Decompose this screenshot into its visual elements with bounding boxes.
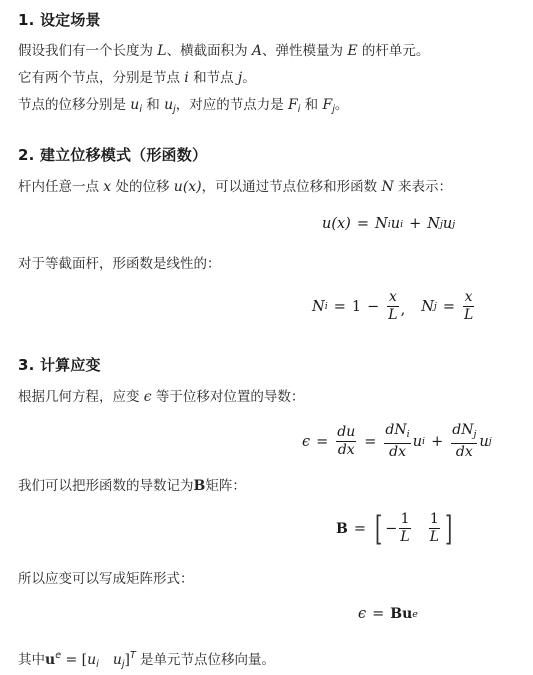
fraction: xL xyxy=(387,289,398,324)
text: 等于位移对位置的导数： xyxy=(152,389,305,405)
denominator: dx xyxy=(337,442,356,459)
section-2-heading: 2. 建立位移模式（形函数） xyxy=(18,144,207,165)
text: 的杆单元。 xyxy=(358,43,430,59)
math-superscript: e xyxy=(412,609,418,620)
math-op: − xyxy=(385,521,397,537)
numerator: x xyxy=(388,289,398,306)
math: u(x) xyxy=(322,216,351,232)
fraction: xL xyxy=(463,289,474,324)
math-op: = xyxy=(354,521,366,537)
math-op: + xyxy=(431,434,443,450)
math-bold: Bu xyxy=(390,606,412,622)
math-var: u xyxy=(164,97,173,113)
numerator: du xyxy=(336,424,356,441)
text: 和 xyxy=(142,97,164,113)
math-op: = xyxy=(357,216,369,232)
math-subscript: i xyxy=(400,219,403,230)
text: 处的位移 xyxy=(111,179,174,195)
text: 假设我们有一个长度为 xyxy=(18,43,157,59)
math-subscript: j xyxy=(452,219,455,230)
math-var: F xyxy=(288,97,298,113)
math-subscript: i xyxy=(96,659,99,670)
section-3-intro: 根据几何方程，应变 ϵ 等于位移对位置的导数： xyxy=(18,387,304,407)
fraction: 1L xyxy=(429,511,440,546)
right-bracket: ] xyxy=(445,512,452,546)
math-op: = xyxy=(334,299,346,315)
denominator: L xyxy=(387,307,398,324)
fraction: 1L xyxy=(399,511,410,546)
text: 、弹性模量为 xyxy=(262,43,347,59)
section-3-final: 其中ue = [uiuj]T 是单元节点位移向量。 xyxy=(18,646,275,675)
math: u xyxy=(479,434,488,450)
equation-strain-matrix: ϵ = Bue xyxy=(358,606,418,622)
math-var: L xyxy=(157,43,166,59)
equation-strain: ϵ = dudx = dNidxui + dNjdxuj xyxy=(302,422,492,461)
math-subscript: i xyxy=(325,301,328,312)
math-subscript: i xyxy=(407,429,410,440)
text: 和 xyxy=(300,97,322,113)
math: N xyxy=(421,299,434,315)
math-var: E xyxy=(347,43,357,59)
text: 矩阵： xyxy=(205,478,246,494)
text: 我们可以把形函数的导数记为 xyxy=(18,478,194,494)
math: u xyxy=(391,216,400,232)
math: dN xyxy=(385,422,406,438)
equation-displacement: u(x) = Niui + Njuj xyxy=(322,216,455,232)
math: N xyxy=(312,299,325,315)
denominator: dx xyxy=(455,444,474,461)
math-var: ϵ xyxy=(144,389,152,405)
math: N xyxy=(427,216,440,232)
denominator: L xyxy=(399,529,410,546)
math-var: u xyxy=(113,652,122,668)
section-1-line-2: 它有两个节点，分别是节点 i 和节点 j。 xyxy=(18,68,256,88)
math-var: N xyxy=(381,179,393,195)
fraction: dNidx xyxy=(384,422,410,461)
math-subscript: j xyxy=(489,436,492,447)
math: ϵ xyxy=(302,434,310,450)
text: ，对应的节点力是 xyxy=(176,97,288,113)
denominator: dx xyxy=(388,444,407,461)
numerator: dNj xyxy=(451,422,477,443)
text: 杆内任意一点 xyxy=(18,179,103,195)
math-bold: B xyxy=(336,521,348,537)
text: 是单元节点位移向量。 xyxy=(136,652,275,668)
text: 来表示： xyxy=(394,179,452,195)
math-var: u(x) xyxy=(174,179,202,195)
text: 它有两个节点，分别是节点 xyxy=(18,70,184,86)
math-subscript: i xyxy=(422,436,425,447)
math: , xyxy=(401,302,406,318)
text: 根据几何方程，应变 xyxy=(18,389,144,405)
numerator: 1 xyxy=(400,511,411,528)
text: 。 xyxy=(242,70,256,86)
denominator: L xyxy=(429,529,440,546)
math-bold: B xyxy=(194,478,206,494)
section-1-line-1: 假设我们有一个长度为 L、横截面积为 A、弹性模量为 E 的杆单元。 xyxy=(18,41,429,61)
math-op: − xyxy=(367,299,379,315)
math-op: = xyxy=(316,434,328,450)
section-3-b-text: 我们可以把形函数的导数记为B矩阵： xyxy=(18,476,246,496)
denominator: L xyxy=(463,307,474,324)
math-bold: u xyxy=(45,652,55,668)
text: 其中 xyxy=(18,652,45,668)
math-var: u xyxy=(87,652,96,668)
math-op: = xyxy=(364,434,376,450)
text: 和节点 xyxy=(189,70,238,86)
math: = [ xyxy=(61,652,87,668)
fraction: dNjdx xyxy=(451,422,477,461)
math-var: F xyxy=(322,97,332,113)
section-1-heading: 1. 设定场景 xyxy=(18,9,101,30)
section-1-line-3: 节点的位移分别是 ui 和 uj，对应的节点力是 Fi 和 Fj。 xyxy=(18,95,348,120)
math-var: A xyxy=(252,43,262,59)
equation-shape-functions: Ni = 1 − xL, Nj = xL xyxy=(312,289,476,324)
fraction: dudx xyxy=(336,424,356,459)
section-2-linear-text: 对于等截面杆，形函数是线性的： xyxy=(18,254,221,274)
text: 。 xyxy=(335,97,349,113)
math: ϵ xyxy=(358,606,366,622)
text: ，可以通过节点位移和形函数 xyxy=(202,179,382,195)
math: u xyxy=(443,216,452,232)
left-bracket: [ xyxy=(375,512,382,546)
math: u xyxy=(413,434,422,450)
section-3-matrix-text: 所以应变可以写成矩阵形式： xyxy=(18,569,194,589)
math: N xyxy=(375,216,388,232)
equation-b-matrix: B = [ − 1L 1L ] xyxy=(336,511,455,546)
math-var: u xyxy=(130,97,139,113)
text: 、横截面积为 xyxy=(167,43,252,59)
math: dN xyxy=(452,422,473,438)
math-op: + xyxy=(409,216,421,232)
numerator: dNi xyxy=(384,422,410,443)
section-2-intro: 杆内任意一点 x 处的位移 u(x)，可以通过节点位移和形函数 N 来表示： xyxy=(18,177,452,197)
numerator: x xyxy=(464,289,474,306)
section-3-heading: 3. 计算应变 xyxy=(18,354,101,375)
text: 节点的位移分别是 xyxy=(18,97,130,113)
math-subscript: j xyxy=(473,429,476,440)
numerator: 1 xyxy=(429,511,440,528)
math-subscript: j xyxy=(434,301,437,312)
math: 1 xyxy=(352,299,361,315)
math-op: = xyxy=(443,299,455,315)
math-op: = xyxy=(372,606,384,622)
